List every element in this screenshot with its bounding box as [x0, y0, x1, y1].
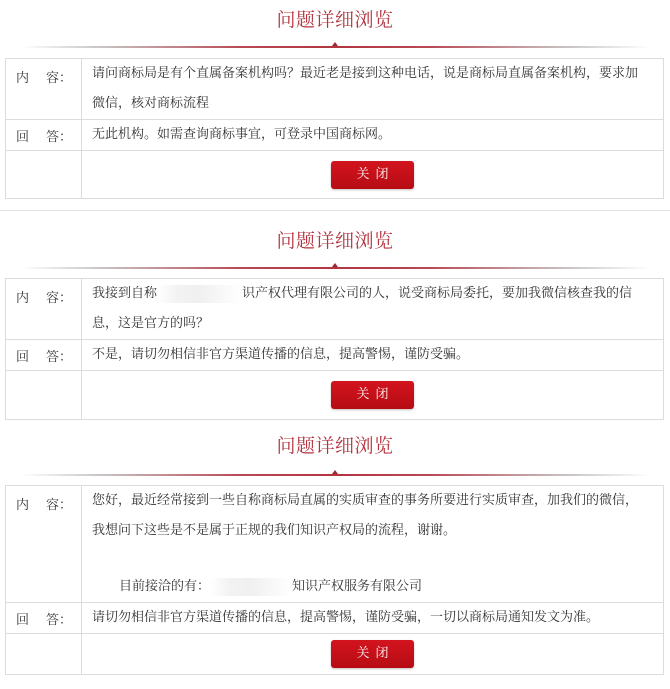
- qa-table: 内容： 请问商标局是有个直属备案机构吗？最近老是接到这种电话，说是商标局直属备案…: [5, 58, 664, 199]
- title-divider: [20, 46, 650, 48]
- qa-panel-3: 问题详细浏览 内容： 您好，最近经常接到一些自称商标局直属的实质审查的事务所要进…: [0, 427, 670, 689]
- answer-row: 回答： 请切勿相信非官方渠道传播的信息，提高警惕，谨防受骗，一切以商标局通知发文…: [6, 603, 664, 634]
- action-cell: 关闭: [82, 151, 664, 199]
- action-row: 关闭: [6, 634, 664, 675]
- caret-up-icon: [332, 470, 338, 474]
- empty-cell: [6, 371, 82, 420]
- answer-text: 不是，请切勿相信非官方渠道传播的信息，提高警惕，谨防受骗。: [82, 340, 664, 371]
- answer-text: 无此机构。如需查询商标事宜，可登录中国商标网。: [82, 120, 664, 151]
- redacted-region: [210, 578, 292, 596]
- qa-panel-2: 问题详细浏览 内容： 我接到自称识产权代理有限公司的人，说受商标局委托，要加我微…: [0, 220, 670, 420]
- content-label: 内容：: [6, 279, 82, 340]
- close-button[interactable]: 关闭: [331, 640, 414, 668]
- content-label: 内容：: [6, 486, 82, 603]
- content-label: 内容：: [6, 59, 82, 120]
- qa-table: 内容： 我接到自称识产权代理有限公司的人，说受商标局委托，要加我微信核查我的信 …: [5, 278, 664, 420]
- answer-row: 回答： 无此机构。如需查询商标事宜，可登录中国商标网。: [6, 120, 664, 151]
- content-row: 内容： 您好，最近经常接到一些自称商标局直属的实质审查的事务所要进行实质审查，加…: [6, 486, 664, 603]
- panel-title: 问题详细浏览: [0, 5, 670, 32]
- content-row: 内容： 请问商标局是有个直属备案机构吗？最近老是接到这种电话，说是商标局直属备案…: [6, 59, 664, 120]
- question-text: 我接到自称识产权代理有限公司的人，说受商标局委托，要加我微信核查我的信 息，这是…: [82, 279, 664, 340]
- question-text: 您好，最近经常接到一些自称商标局直属的实质审查的事务所要进行实质审查，加我们的微…: [82, 486, 664, 603]
- caret-up-icon: [332, 42, 338, 46]
- redacted-region: [157, 285, 242, 303]
- action-cell: 关闭: [82, 371, 664, 420]
- title-divider: [20, 474, 650, 476]
- action-cell: 关闭: [82, 634, 664, 675]
- panel-title: 问题详细浏览: [0, 226, 670, 253]
- qa-table: 内容： 您好，最近经常接到一些自称商标局直属的实质审查的事务所要进行实质审查，加…: [5, 485, 664, 675]
- answer-label: 回答：: [6, 340, 82, 371]
- close-button[interactable]: 关闭: [331, 381, 414, 409]
- panel-separator: [0, 210, 670, 211]
- answer-label: 回答：: [6, 603, 82, 634]
- panel-title: 问题详细浏览: [0, 431, 670, 458]
- action-row: 关闭: [6, 371, 664, 420]
- question-text: 请问商标局是有个直属备案机构吗？最近老是接到这种电话，说是商标局直属备案机构，要…: [82, 59, 664, 120]
- qa-panel-1: 问题详细浏览 内容： 请问商标局是有个直属备案机构吗？最近老是接到这种电话，说是…: [0, 0, 670, 200]
- empty-cell: [6, 151, 82, 199]
- action-row: 关闭: [6, 151, 664, 199]
- answer-label: 回答：: [6, 120, 82, 151]
- title-divider: [20, 267, 650, 269]
- answer-text: 请切勿相信非官方渠道传播的信息，提高警惕，谨防受骗，一切以商标局通知发文为准。: [82, 603, 664, 634]
- content-row: 内容： 我接到自称识产权代理有限公司的人，说受商标局委托，要加我微信核查我的信 …: [6, 279, 664, 340]
- contact-line: 目前接洽的有：知识产权服务有限公司: [92, 572, 653, 602]
- answer-row: 回答： 不是，请切勿相信非官方渠道传播的信息，提高警惕，谨防受骗。: [6, 340, 664, 371]
- close-button[interactable]: 关闭: [331, 161, 414, 189]
- caret-up-icon: [332, 263, 338, 267]
- empty-cell: [6, 634, 82, 675]
